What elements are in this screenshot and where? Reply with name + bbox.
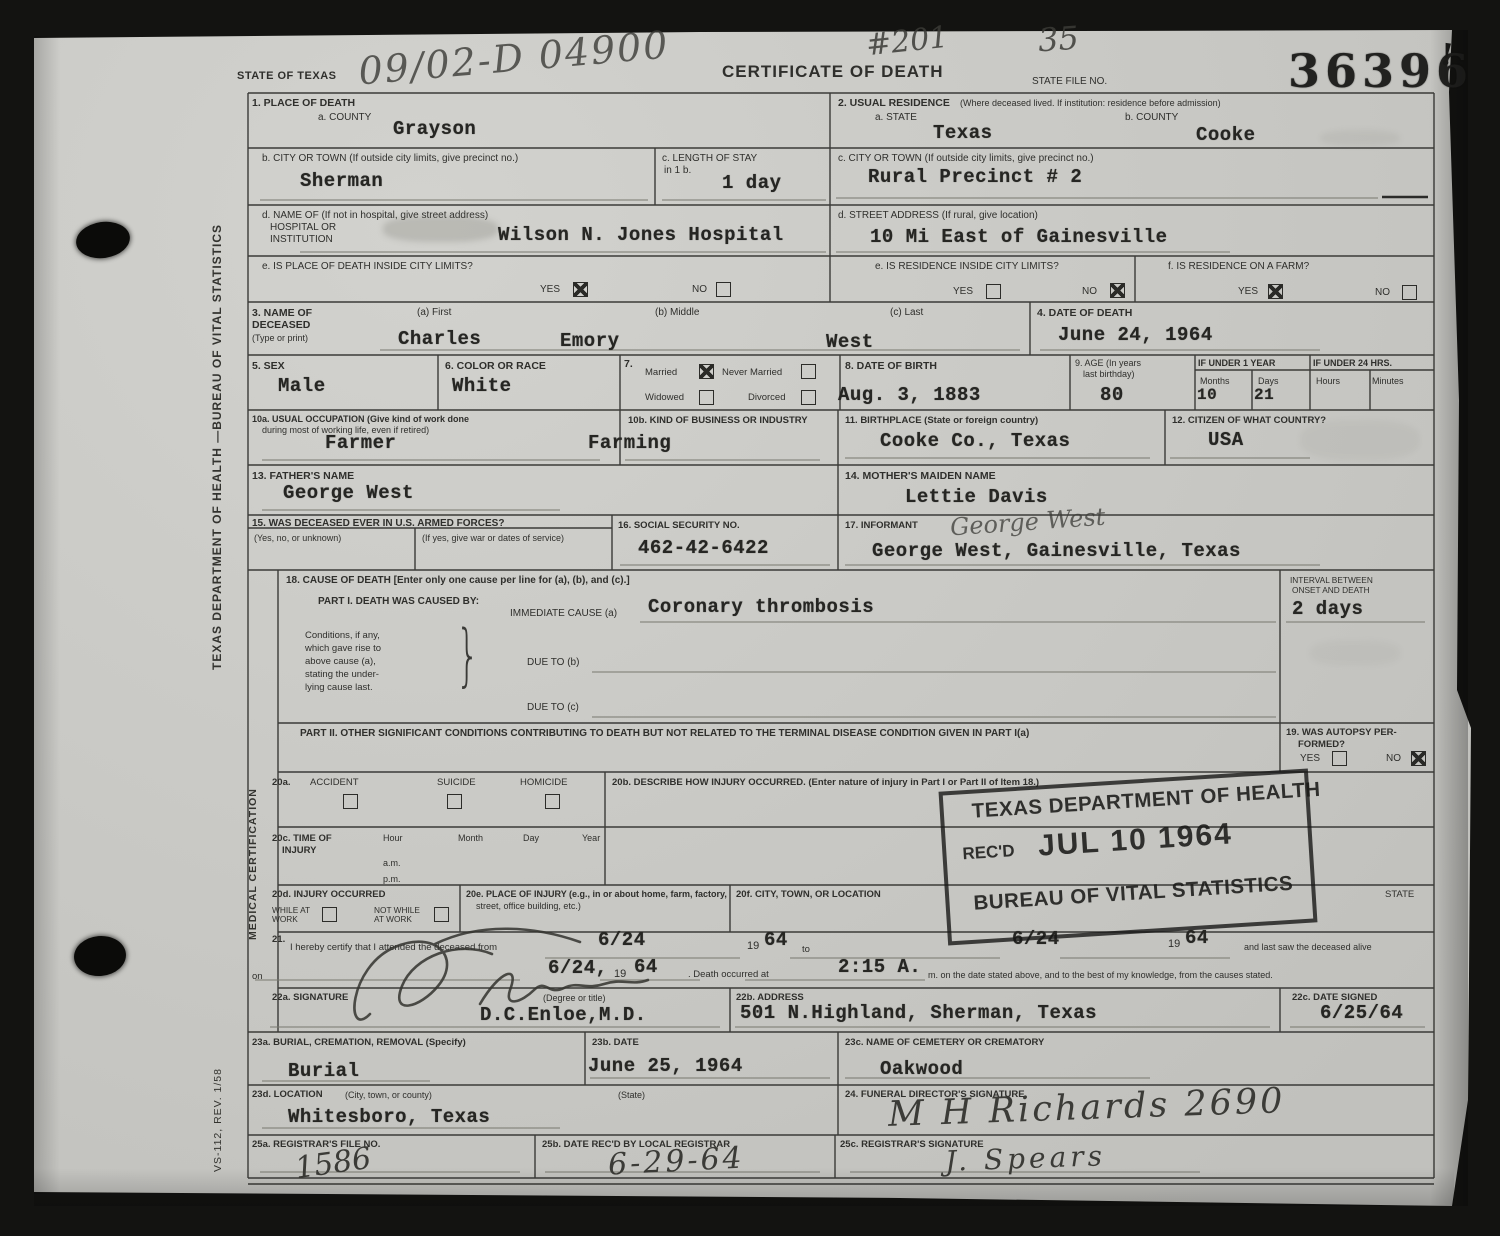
occupation-label: 10a. USUAL OCCUPATION (Give kind of work…: [252, 414, 469, 424]
marital-label: 7.: [624, 358, 633, 370]
bleedthrough-artifact: [1310, 640, 1400, 666]
mothers-maiden-name-label: 14. MOTHER'S MAIDEN NAME: [845, 470, 996, 482]
degree-title-label: (Degree or title): [543, 993, 606, 1003]
month-label: Month: [458, 833, 483, 843]
am-label: a.m.: [383, 858, 401, 868]
burial-location-sub1: (City, town, or county): [345, 1090, 432, 1100]
autopsy-yes-label: YES: [1300, 753, 1320, 764]
color-race-value: White: [452, 375, 512, 397]
burial-location-sub2: (State): [618, 1090, 645, 1100]
signature-typed-name: D.C.Enloe,M.D.: [480, 1004, 647, 1026]
place-of-death-label: 1. PLACE OF DEATH: [252, 97, 355, 109]
autopsy-label1: 19. WAS AUTOPSY PER-: [1286, 727, 1397, 738]
if-under-24-hrs-label: IF UNDER 24 HRS.: [1313, 358, 1392, 368]
cemetery-value: Oakwood: [880, 1058, 963, 1080]
date-recd-value: 6-29-64: [607, 1140, 745, 1182]
received-stamp: TEXAS DEPARTMENT OF HEALTH REC'D JUL 10 …: [939, 769, 1318, 946]
industry-value: Farming: [588, 432, 671, 454]
autopsy-yes-checkbox: [1332, 751, 1347, 766]
if-under-1-year-label: IF UNDER 1 YEAR: [1198, 358, 1275, 368]
married-checkbox: [699, 364, 714, 379]
age-label2: last birthday): [1083, 369, 1135, 379]
immediate-cause-label: IMMEDIATE CAUSE (a): [510, 608, 617, 619]
months-value: 10: [1197, 386, 1217, 404]
informant-label: 17. INFORMANT: [845, 520, 918, 531]
birthplace-label: 11. BIRTHPLACE (State or foreign country…: [845, 415, 1038, 426]
stamp-recd-label: REC'D: [962, 841, 1015, 864]
death-limits-yes-label: YES: [540, 284, 560, 295]
color-race-label: 6. COLOR OR RACE: [445, 360, 546, 372]
length-of-stay-label2: in 1 b.: [664, 165, 691, 176]
residence-state-label: a. STATE: [875, 112, 917, 123]
fathers-name-label: 13. FATHER'S NAME: [252, 470, 354, 482]
cause-of-death-label: 18. CAUSE OF DEATH [Enter only one cause…: [286, 575, 630, 586]
city-label: b. CITY OR TOWN (If outside city limits,…: [262, 153, 518, 164]
hospital-label3: INSTITUTION: [270, 234, 333, 245]
conditions-line2: which gave rise to: [305, 643, 381, 654]
days-label: Days: [1258, 376, 1279, 386]
death-inside-limits-label: e. IS PLACE OF DEATH INSIDE CITY LIMITS?: [262, 261, 473, 272]
never-married-checkbox: [801, 364, 816, 379]
part1-label: PART I. DEATH WAS CAUSED BY:: [318, 596, 479, 607]
certify-text-3: m. on the date stated above, and to the …: [928, 970, 1273, 980]
hour-label: Hour: [383, 833, 403, 843]
residence-farm-label: f. IS RESIDENCE ON A FARM?: [1168, 261, 1309, 272]
signature-label: 22a. SIGNATURE: [272, 992, 348, 1003]
suicide-checkbox: [447, 794, 462, 809]
age-label: 9. AGE (In years: [1075, 358, 1141, 368]
length-of-stay-value: 1 day: [722, 172, 782, 194]
residence-city-label: c. CITY OR TOWN (If outside city limits,…: [838, 153, 1094, 164]
burial-location-value: Whitesboro, Texas: [288, 1106, 490, 1128]
type-or-print-label: (Type or print): [252, 333, 308, 343]
part2-label: PART II. OTHER SIGNIFICANT CONDITIONS CO…: [300, 728, 1029, 739]
burial-date-value: June 25, 1964: [588, 1055, 743, 1077]
farm-no-checkbox: [1402, 285, 1417, 300]
time-of-injury-label: 20c. TIME OF: [272, 833, 332, 844]
conditions-line5: lying cause last.: [305, 682, 373, 693]
residence-limits-yes-checkbox: [986, 284, 1001, 299]
street-address-value: 10 Mi East of Gainesville: [870, 226, 1168, 248]
date-signed-value: 6/25/64: [1320, 1002, 1403, 1024]
to-label: to: [802, 944, 810, 955]
accident-label: ACCIDENT: [310, 777, 359, 788]
place-of-injury-label2: street, office building, etc.): [476, 901, 581, 911]
hospital-label2: HOSPITAL OR: [270, 222, 336, 233]
attended-from-year: 64: [764, 929, 788, 951]
mothers-maiden-name-value: Lettie Davis: [905, 486, 1048, 508]
autopsy-no-checkbox: [1411, 751, 1426, 766]
day-label: Day: [523, 833, 539, 843]
hospital-value: Wilson N. Jones Hospital: [498, 224, 784, 246]
fathers-name-value: George West: [283, 482, 414, 504]
usual-residence-paren: (Where deceased lived. If institution: r…: [960, 98, 1221, 108]
time-of-injury-label2: INJURY: [282, 845, 317, 856]
first-name-label: (a) First: [417, 307, 451, 318]
interval-value: 2 days: [1292, 598, 1363, 620]
residence-county-value: Cooke: [1196, 124, 1256, 146]
name-of-deceased-label2: DECEASED: [252, 319, 310, 331]
interval-label1: INTERVAL BETWEEN: [1290, 575, 1373, 585]
due-to-b-label: DUE TO (b): [527, 657, 579, 668]
length-of-stay-label: c. LENGTH OF STAY: [662, 153, 757, 164]
citizen-value: USA: [1208, 429, 1244, 451]
married-label: Married: [645, 367, 677, 378]
divorced-checkbox: [801, 390, 816, 405]
on-label: on: [252, 971, 263, 982]
interval-label2: ONSET AND DEATH: [1292, 585, 1370, 595]
city-value: Sherman: [300, 170, 383, 192]
name-of-deceased-label: 3. NAME OF: [252, 307, 312, 319]
ssn-value: 462-42-6422: [638, 537, 769, 559]
residence-limits-yes-label: YES: [953, 286, 973, 297]
stamp-line3: BUREAU OF VITAL STATISTICS: [973, 872, 1294, 916]
certify-text-2: and last saw the deceased alive: [1244, 942, 1372, 952]
year-label: Year: [582, 833, 600, 843]
county-value: Grayson: [393, 118, 476, 140]
place-of-injury-label: 20e. PLACE OF INJURY (e.g., in or about …: [466, 889, 727, 899]
informant-value: George West, Gainesville, Texas: [872, 540, 1241, 562]
injury-city-label: 20f. CITY, TOWN, OR LOCATION: [736, 889, 881, 900]
item20a-label: 20a.: [272, 777, 291, 788]
stamp-date: JUL 10 1964: [1037, 817, 1234, 863]
homicide-label: HOMICIDE: [520, 777, 568, 788]
age-value: 80: [1100, 384, 1124, 406]
death-limits-yes-checkbox: [573, 282, 588, 297]
autopsy-label2: FORMED?: [1298, 739, 1345, 750]
death-time-value: 2:15 A.: [838, 956, 921, 978]
item21-label: 21.: [272, 934, 285, 945]
address-value: 501 N.Highland, Sherman, Texas: [740, 1002, 1097, 1024]
conditions-brace: }: [456, 616, 480, 695]
physician-signature: [340, 912, 750, 1047]
widowed-checkbox: [699, 390, 714, 405]
bleedthrough-artifact: [1320, 130, 1400, 146]
registrar-signature-value: J. Spears: [944, 1139, 1106, 1178]
ssn-label: 16. SOCIAL SECURITY NO.: [618, 520, 740, 531]
farm-no-label: NO: [1375, 287, 1390, 298]
due-to-c-label: DUE TO (c): [527, 702, 579, 713]
immediate-cause-value: Coronary thrombosis: [648, 596, 874, 618]
date-of-birth-value: Aug. 3, 1883: [838, 384, 981, 406]
homicide-checkbox: [545, 794, 560, 809]
never-married-label: Never Married: [722, 367, 782, 378]
widowed-label: Widowed: [645, 392, 684, 403]
armed-forces-sub2: (If yes, give war or dates of service): [422, 533, 564, 543]
residence-state-value: Texas: [933, 122, 993, 144]
hours-label: Hours: [1316, 376, 1340, 386]
date-of-birth-label: 8. DATE OF BIRTH: [845, 360, 937, 372]
conditions-line1: Conditions, if any,: [305, 630, 380, 641]
farm-yes-checkbox: [1268, 284, 1283, 299]
scanned-death-certificate: TEXAS DEPARTMENT OF HEALTH —BUREAU OF VI…: [0, 0, 1500, 1236]
injury-occurred-label: 20d. INJURY OCCURRED: [272, 889, 386, 900]
injury-state-label: STATE: [1385, 889, 1414, 900]
while-at-work-label2: WORK: [272, 914, 298, 924]
minutes-label: Minutes: [1372, 376, 1404, 386]
usual-residence-label: 2. USUAL RESIDENCE: [838, 97, 950, 109]
birthplace-value: Cooke Co., Texas: [880, 430, 1070, 452]
death-limits-no-label: NO: [692, 284, 707, 295]
last-name-label: (c) Last: [890, 307, 923, 318]
burial-value: Burial: [288, 1060, 359, 1082]
date-of-death-value: June 24, 1964: [1058, 324, 1213, 346]
date-of-death-label: 4. DATE OF DEATH: [1037, 307, 1132, 319]
middle-name-value: Emory: [560, 330, 620, 352]
conditions-line3: above cause (a),: [305, 656, 376, 667]
burial-date-label: 23b. DATE: [592, 1037, 639, 1048]
residence-limits-no-label: NO: [1082, 286, 1097, 297]
accident-checkbox: [343, 794, 358, 809]
farm-yes-label: YES: [1238, 286, 1258, 297]
county-label: a. COUNTY: [318, 112, 371, 123]
armed-forces-label: 15. WAS DECEASED EVER IN U.S. ARMED FORC…: [252, 518, 504, 529]
first-name-value: Charles: [398, 328, 481, 350]
days-value: 21: [1254, 386, 1274, 404]
residence-inside-limits-label: e. IS RESIDENCE INSIDE CITY LIMITS?: [875, 261, 1059, 272]
pm-label: p.m.: [383, 874, 401, 884]
middle-name-label: (b) Middle: [655, 307, 699, 318]
burial-location-label: 23d. LOCATION: [252, 1089, 323, 1100]
residence-city-value: Rural Precinct # 2: [868, 166, 1082, 188]
cemetery-label: 23c. NAME OF CEMETERY OR CREMATORY: [845, 1037, 1044, 1048]
last-name-value: West: [826, 331, 874, 353]
while-at-work-checkbox: [322, 907, 337, 922]
industry-label: 10b. KIND OF BUSINESS OR INDUSTRY: [628, 415, 808, 426]
describe-injury-label: 20b. DESCRIBE HOW INJURY OCCURRED. (Ente…: [612, 777, 1039, 788]
erased-text-smudge: [383, 216, 498, 242]
suicide-label: SUICIDE: [437, 777, 476, 788]
burial-label: 23a. BURIAL, CREMATION, REMOVAL (Specify…: [252, 1037, 466, 1048]
citizen-label: 12. CITIZEN OF WHAT COUNTRY?: [1172, 415, 1326, 426]
occupation-value: Farmer: [325, 432, 396, 454]
residence-county-label: b. COUNTY: [1125, 112, 1178, 123]
autopsy-no-label: NO: [1386, 753, 1401, 764]
residence-limits-no-checkbox: [1110, 283, 1125, 298]
bleedthrough-artifact: [1300, 420, 1420, 460]
sex-value: Male: [278, 375, 326, 397]
divorced-label: Divorced: [748, 392, 786, 403]
armed-forces-sub1: (Yes, no, or unknown): [254, 533, 341, 543]
conditions-line4: stating the under-: [305, 669, 379, 680]
months-label: Months: [1200, 376, 1230, 386]
death-limits-no-checkbox: [716, 282, 731, 297]
street-address-label: d. STREET ADDRESS (If rural, give locati…: [838, 210, 1038, 221]
printed-19-b: 19: [1168, 938, 1180, 950]
sex-label: 5. SEX: [252, 360, 285, 372]
